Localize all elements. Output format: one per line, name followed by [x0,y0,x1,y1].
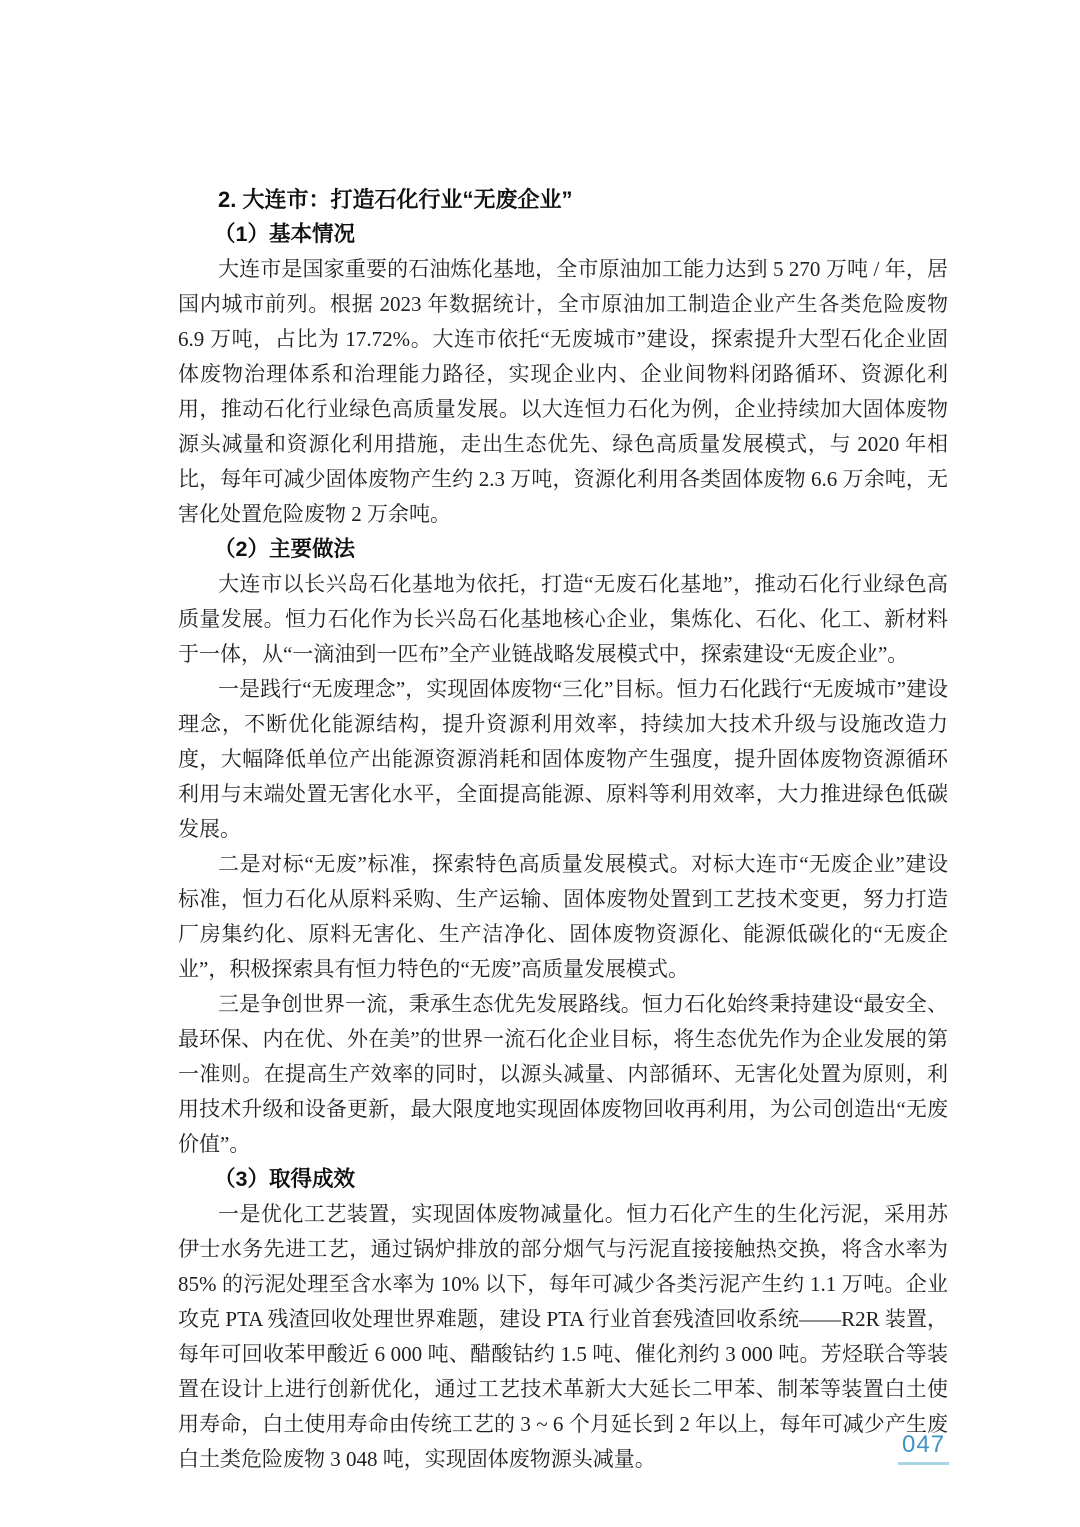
paragraph-main-practices-third: 三是争创世界一流，秉承生态优先发展路线。恒力石化始终秉持建设“最安全、最环保、内… [178,987,948,1162]
paragraph-main-practices-intro: 大连市以长兴岛石化基地为依托，打造“无废石化基地”，推动石化行业绿色高质量发展。… [178,567,948,672]
page-number: 047 [898,1431,949,1465]
section-heading-achievements: （3）取得成效 [178,1162,948,1197]
section-heading-basic-situation: （1）基本情况 [178,217,948,252]
paragraph-main-practices-second: 二是对标“无废”标准，探索特色高质量发展模式。对标大连市“无废企业”建设标准，恒… [178,847,948,987]
page-content: 2. 大连市：打造石化行业“无废企业” （1）基本情况 大连市是国家重要的石油炼… [178,182,948,1477]
paragraph-main-practices-first: 一是践行“无废理念”，实现固体废物“三化”目标。恒力石化践行“无废城市”建设理念… [178,672,948,847]
case-title: 2. 大连市：打造石化行业“无废企业” [178,182,948,217]
paragraph-achievements-first: 一是优化工艺装置，实现固体废物减量化。恒力石化产生的生化污泥，采用苏伊士水务先进… [178,1197,948,1477]
paragraph-basic-situation: 大连市是国家重要的石油炼化基地，全市原油加工能力达到 5 270 万吨 / 年，… [178,252,948,532]
document-page: 2. 大连市：打造石化行业“无废企业” （1）基本情况 大连市是国家重要的石油炼… [0,0,1080,1527]
section-heading-main-practices: （2）主要做法 [178,532,948,567]
